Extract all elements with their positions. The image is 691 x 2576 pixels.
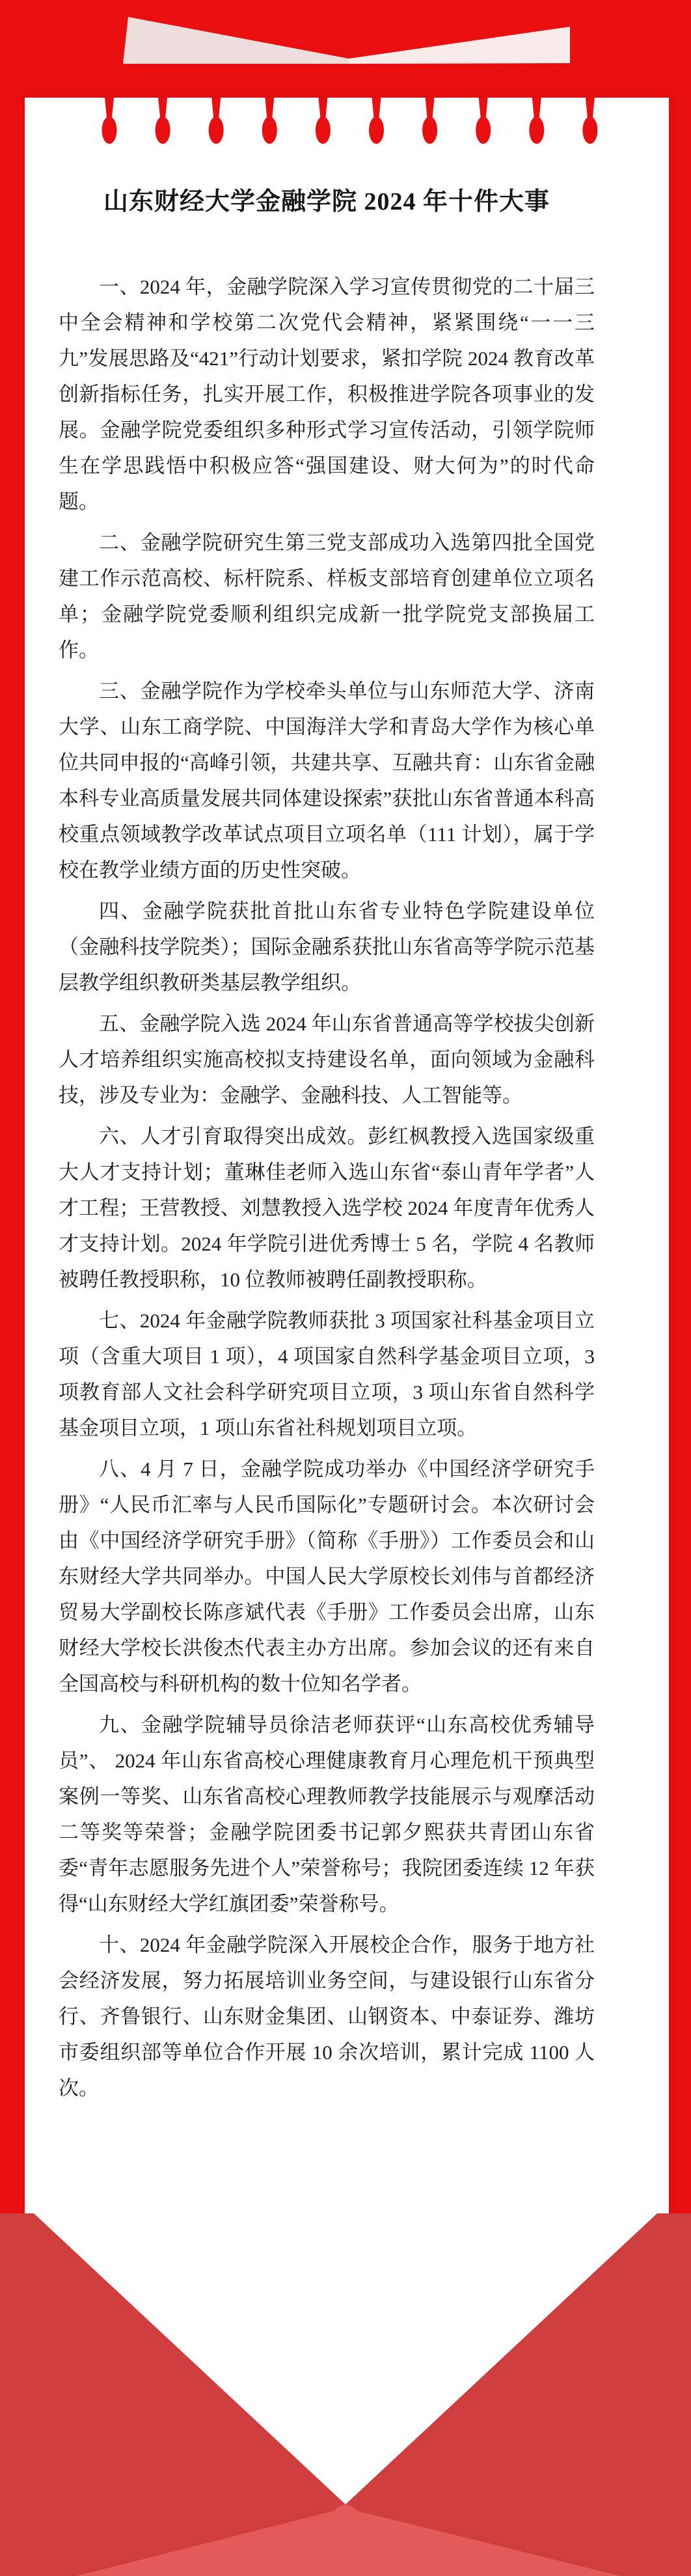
paragraph: 三、金融学院作为学校牵头单位与山东师范大学、济南大学、山东工商学院、中国海洋大学… bbox=[59, 673, 595, 888]
paragraph: 八、4 月 7 日，金融学院成功举办《中国经济学研究手册》“人民币汇率与人民币国… bbox=[59, 1451, 595, 1702]
fringe-drops-icon bbox=[25, 98, 669, 159]
poster-background: 山东财经大学金融学院 2024 年十件大事 一、2024 年，金融学院深入学习宣… bbox=[0, 0, 691, 2576]
fringe-drop-blob bbox=[369, 117, 384, 144]
fringe-drop-blob bbox=[209, 117, 224, 144]
ribbon-right-fold bbox=[349, 27, 570, 64]
ribbon-left-fold bbox=[123, 17, 349, 64]
paragraph: 四、金融学院获批首批山东省专业特色学院建设单位（金融科技学院类）；国际金融系获批… bbox=[59, 893, 595, 1001]
paragraph: 五、金融学院入选 2024 年山东省普通高等学校拔尖创新人才培养组织实施高校拟支… bbox=[59, 1006, 595, 1113]
document-title: 山东财经大学金融学院 2024 年十件大事 bbox=[59, 181, 595, 217]
paragraph: 十、2024 年金融学院深入开展校企合作，服务于地方社会经济发展，努力拓展培训业… bbox=[59, 1927, 595, 2106]
fringe-drop-blob bbox=[262, 117, 277, 144]
document-body: 一、2024 年，金融学院深入学习宣传贯彻党的二十届三中全会精神和学校第二次党代… bbox=[59, 269, 595, 2111]
paragraph: 六、人才引育取得突出成效。彭红枫教授入选国家级重大人才支持计划；董琳佳老师入选山… bbox=[59, 1118, 595, 1297]
fringe-drop-blob bbox=[156, 117, 170, 144]
paragraph: 二、金融学院研究生第三党支部成功入选第四批全国党建工作示范高校、标杆院系、样板支… bbox=[59, 525, 595, 668]
paragraph: 九、金融学院辅导员徐洁老师获评“山东高校优秀辅导员”、 2024 年山东省高校心… bbox=[59, 1707, 595, 1922]
fringe-drop-blob bbox=[422, 117, 437, 144]
fringe-drop-blob bbox=[529, 117, 544, 144]
paragraph: 一、2024 年，金融学院深入学习宣传贯彻党的二十届三中全会精神和学校第二次党代… bbox=[59, 269, 595, 519]
fringe-drop-blob bbox=[582, 117, 597, 144]
fringe-drop-blob bbox=[316, 117, 331, 144]
envelope-icon bbox=[0, 2210, 691, 2576]
fringe-drop-blob bbox=[476, 117, 491, 144]
fringe-drop-blob bbox=[102, 117, 117, 144]
paragraph: 七、2024 年金融学院教师获批 3 项国家社科基金项目立项（含重大项目 1 项… bbox=[59, 1303, 595, 1446]
ribbon-decoration-icon bbox=[0, 0, 691, 72]
